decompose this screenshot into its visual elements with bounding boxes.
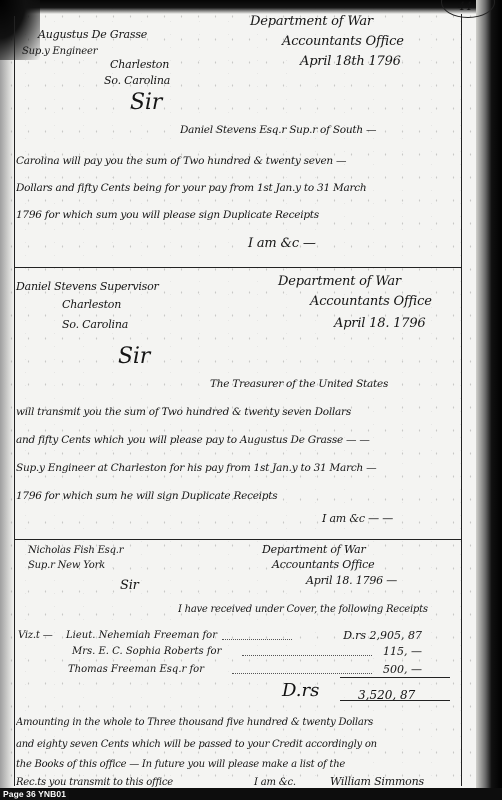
intro-line: I have received under Cover, the followi… bbox=[178, 604, 458, 615]
closing: I am &c — — bbox=[322, 512, 393, 525]
body-line: Carolina will pay you the sum of Two hun… bbox=[16, 155, 456, 167]
corner-page-number: 44 bbox=[458, 0, 472, 13]
office-name: Accountants Office bbox=[282, 34, 404, 49]
body-line: Rec.ts you transmit to this office bbox=[16, 777, 186, 788]
account-row: Lieut. Nehemiah Freeman for D.rs 2,905, … bbox=[22, 630, 442, 646]
body-line: Dollars and fifty Cents being for your p… bbox=[16, 182, 456, 194]
office-department: Department of War bbox=[250, 14, 373, 29]
body-line: Amounting in the whole to Three thousand… bbox=[16, 717, 456, 728]
account-amount: 115, — bbox=[383, 645, 422, 658]
letter-date: April 18th 1796 bbox=[300, 54, 401, 69]
account-payee: Thomas Freeman Esq.r for bbox=[68, 664, 204, 675]
office-department: Department of War bbox=[262, 543, 366, 556]
body-line: and fifty Cents which you will please pa… bbox=[16, 434, 456, 446]
letter-divider-2 bbox=[14, 539, 462, 540]
account-amount: D.rs 2,905, 87 bbox=[343, 629, 422, 642]
letter-date: April 18. 1796 — bbox=[306, 574, 397, 587]
addressee-title: Sup.r New York bbox=[28, 560, 105, 571]
page-label: Page 36 YNB01 bbox=[0, 789, 69, 800]
office-department: Department of War bbox=[278, 274, 401, 289]
letter-date: April 18. 1796 bbox=[334, 316, 425, 331]
account-amount: 500, — bbox=[383, 663, 422, 676]
body-line: Daniel Stevens Esq.r Sup.r of South — bbox=[180, 124, 450, 136]
account-payee: Mrs. E. C. Sophia Roberts for bbox=[72, 646, 221, 657]
sum-rule-top bbox=[340, 677, 450, 678]
scan-edge-right bbox=[476, 0, 502, 800]
salutation: Sir bbox=[118, 344, 150, 369]
letter-divider-1 bbox=[14, 267, 462, 268]
body-line: Sup.y Engineer at Charleston for his pay… bbox=[16, 462, 456, 474]
leader-dots bbox=[242, 655, 372, 656]
addressee-name: Augustus De Grasse bbox=[38, 28, 147, 41]
body-line: The Treasurer of the United States bbox=[210, 378, 454, 390]
addressee-name: Daniel Stevens Supervisor bbox=[16, 280, 159, 293]
account-row: Mrs. E. C. Sophia Roberts for 115, — bbox=[22, 646, 442, 662]
margin-rule-left bbox=[14, 16, 15, 786]
scan-edge-top bbox=[0, 0, 502, 14]
salutation: Sir bbox=[130, 90, 162, 115]
signature: William Simmons bbox=[330, 775, 424, 788]
body-line: the Books of this office — In future you… bbox=[16, 759, 456, 770]
body-line: 1796 for which sum he will sign Duplicat… bbox=[16, 490, 456, 502]
addressee-title: Sup.y Engineer bbox=[22, 46, 97, 57]
body-line: 1796 for which sum you will please sign … bbox=[16, 209, 456, 221]
closing: I am &c — bbox=[248, 236, 316, 251]
account-payee: Lieut. Nehemiah Freeman for bbox=[66, 630, 217, 641]
addressee-state: So. Carolina bbox=[62, 318, 128, 331]
salutation: Sir bbox=[120, 578, 139, 593]
scan-edge-bottom bbox=[0, 788, 502, 800]
addressee-state: So. Carolina bbox=[104, 74, 170, 87]
total-label: D.rs bbox=[282, 680, 319, 701]
scan-noise bbox=[0, 0, 502, 800]
scan-edge-left bbox=[0, 0, 14, 800]
sum-rule-bottom bbox=[340, 700, 450, 701]
leader-dots bbox=[232, 673, 372, 674]
addressee-name: Nicholas Fish Esq.r bbox=[28, 545, 123, 556]
closing: I am &c. bbox=[254, 777, 296, 788]
margin-rule-right bbox=[461, 14, 462, 786]
office-name: Accountants Office bbox=[272, 558, 374, 571]
leader-dots bbox=[222, 639, 292, 640]
body-line: will transmit you the sum of Two hundred… bbox=[16, 406, 456, 418]
office-name: Accountants Office bbox=[310, 294, 432, 309]
body-line: and eighty seven Cents which will be pas… bbox=[16, 739, 456, 750]
addressee-city: Charleston bbox=[110, 58, 169, 71]
addressee-city: Charleston bbox=[62, 298, 121, 311]
scanned-page: 44 Augustus De Grasse Sup.y Engineer Cha… bbox=[0, 0, 502, 800]
